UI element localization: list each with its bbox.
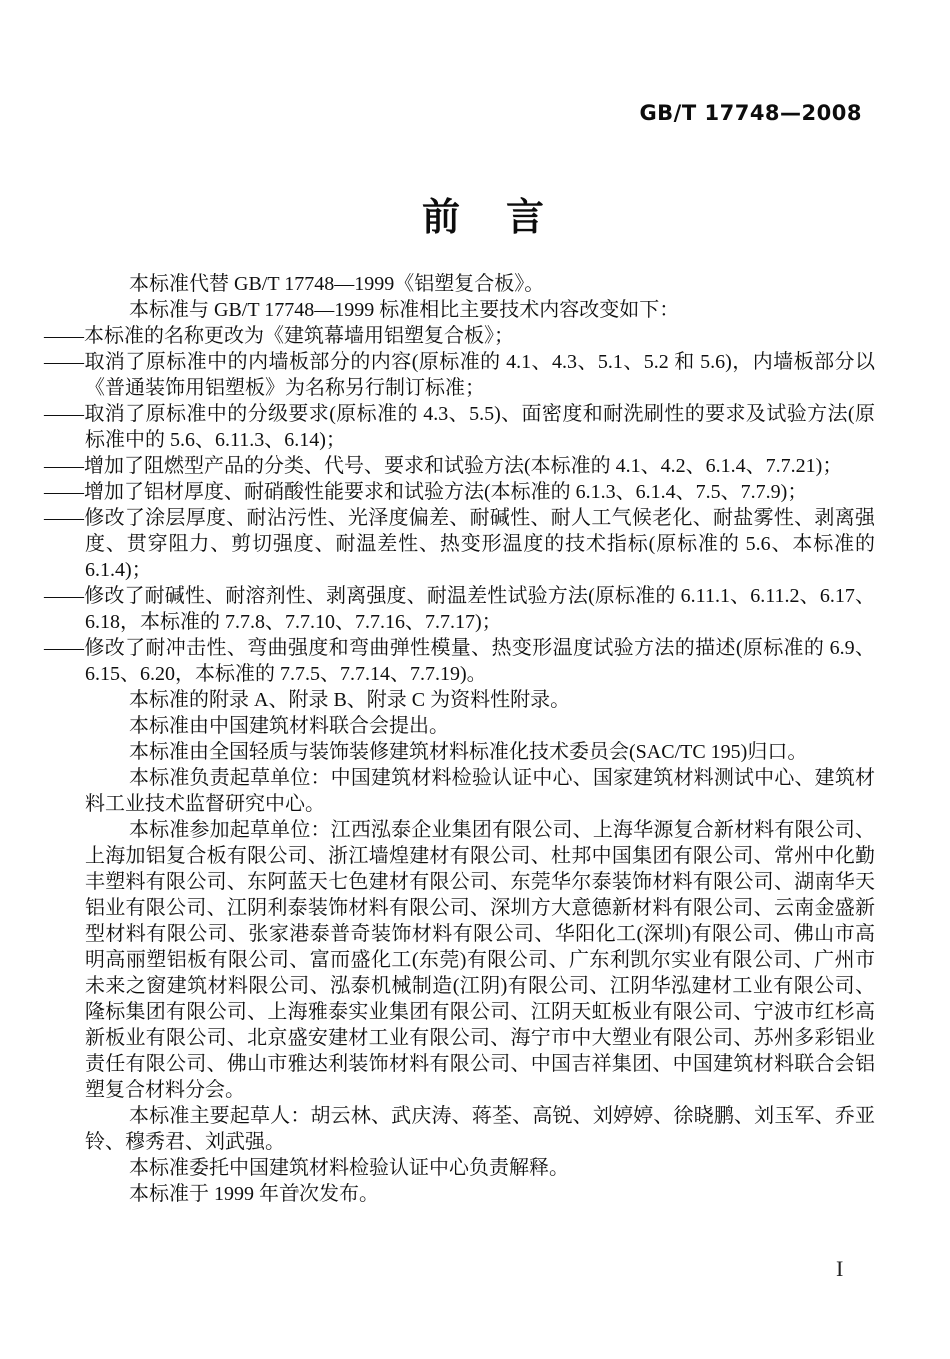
document-page: GB/T 17748—2008 前 言 本标准代替 GB/T 17748—199… [0,0,950,1359]
foreword-paragraph: 本标准参加起草单位：江西泓泰企业集团有限公司、上海华源复合新材料有限公司、上海加… [85,817,875,1103]
foreword-paragraph: 本标准与 GB/T 17748—1999 标准相比主要技术内容改变如下： [85,297,875,323]
foreword-paragraph: ——修改了耐冲击性、弯曲强度和弯曲弹性模量、热变形温度试验方法的描述(原标准的 … [85,635,875,687]
foreword-paragraph: 本标准主要起草人：胡云林、武庆涛、蒋荃、高锐、刘婷婷、徐晓鹏、刘玉军、乔亚铃、穆… [85,1103,875,1155]
foreword-paragraph: 本标准代替 GB/T 17748—1999《铝塑复合板》。 [85,271,875,297]
foreword-title: 前 言 [8,186,950,241]
scan-artifact-dot [295,1189,299,1193]
foreword-paragraph: ——本标准的名称更改为《建筑幕墙用铝塑复合板》； [85,323,875,349]
page-number: I [836,1256,843,1282]
foreword-paragraph: ——增加了阻燃型产品的分类、代号、要求和试验方法(本标准的 4.1、4.2、6.… [85,453,875,479]
foreword-paragraph: 本标准的附录 A、附录 B、附录 C 为资料性附录。 [85,687,875,713]
foreword-paragraph: 本标准委托中国建筑材料检验认证中心负责解释。 [85,1155,875,1181]
foreword-paragraph: 本标准于 1999 年首次发布。 [85,1181,875,1207]
foreword-body: 本标准代替 GB/T 17748—1999《铝塑复合板》。本标准与 GB/T 1… [85,271,875,1207]
standard-code: GB/T 17748—2008 [639,101,862,125]
foreword-paragraph: ——修改了涂层厚度、耐沾污性、光泽度偏差、耐碱性、耐人工气候老化、耐盐雾性、剥离… [85,505,875,583]
foreword-title-char-first: 前 [422,186,460,241]
foreword-title-char-second: 言 [506,186,544,241]
foreword-paragraph: ——修改了耐碱性、耐溶剂性、剥离强度、耐温差性试验方法(原标准的 6.11.1、… [85,583,875,635]
foreword-paragraph: ——取消了原标准中的内墙板部分的内容(原标准的 4.1、4.3、5.1、5.2 … [85,349,875,401]
foreword-paragraph: 本标准负责起草单位：中国建筑材料检验认证中心、国家建筑材料测试中心、建筑材料工业… [85,765,875,817]
foreword-paragraph: 本标准由中国建筑材料联合会提出。 [85,713,875,739]
foreword-paragraph: ——增加了铝材厚度、耐硝酸性能要求和试验方法(本标准的 6.1.3、6.1.4、… [85,479,875,505]
foreword-paragraph: 本标准由全国轻质与装饰装修建筑材料标准化技术委员会(SAC/TC 195)归口。 [85,739,875,765]
foreword-paragraph: ——取消了原标准中的分级要求(原标准的 4.3、5.5)、面密度和耐洗刷性的要求… [85,401,875,453]
